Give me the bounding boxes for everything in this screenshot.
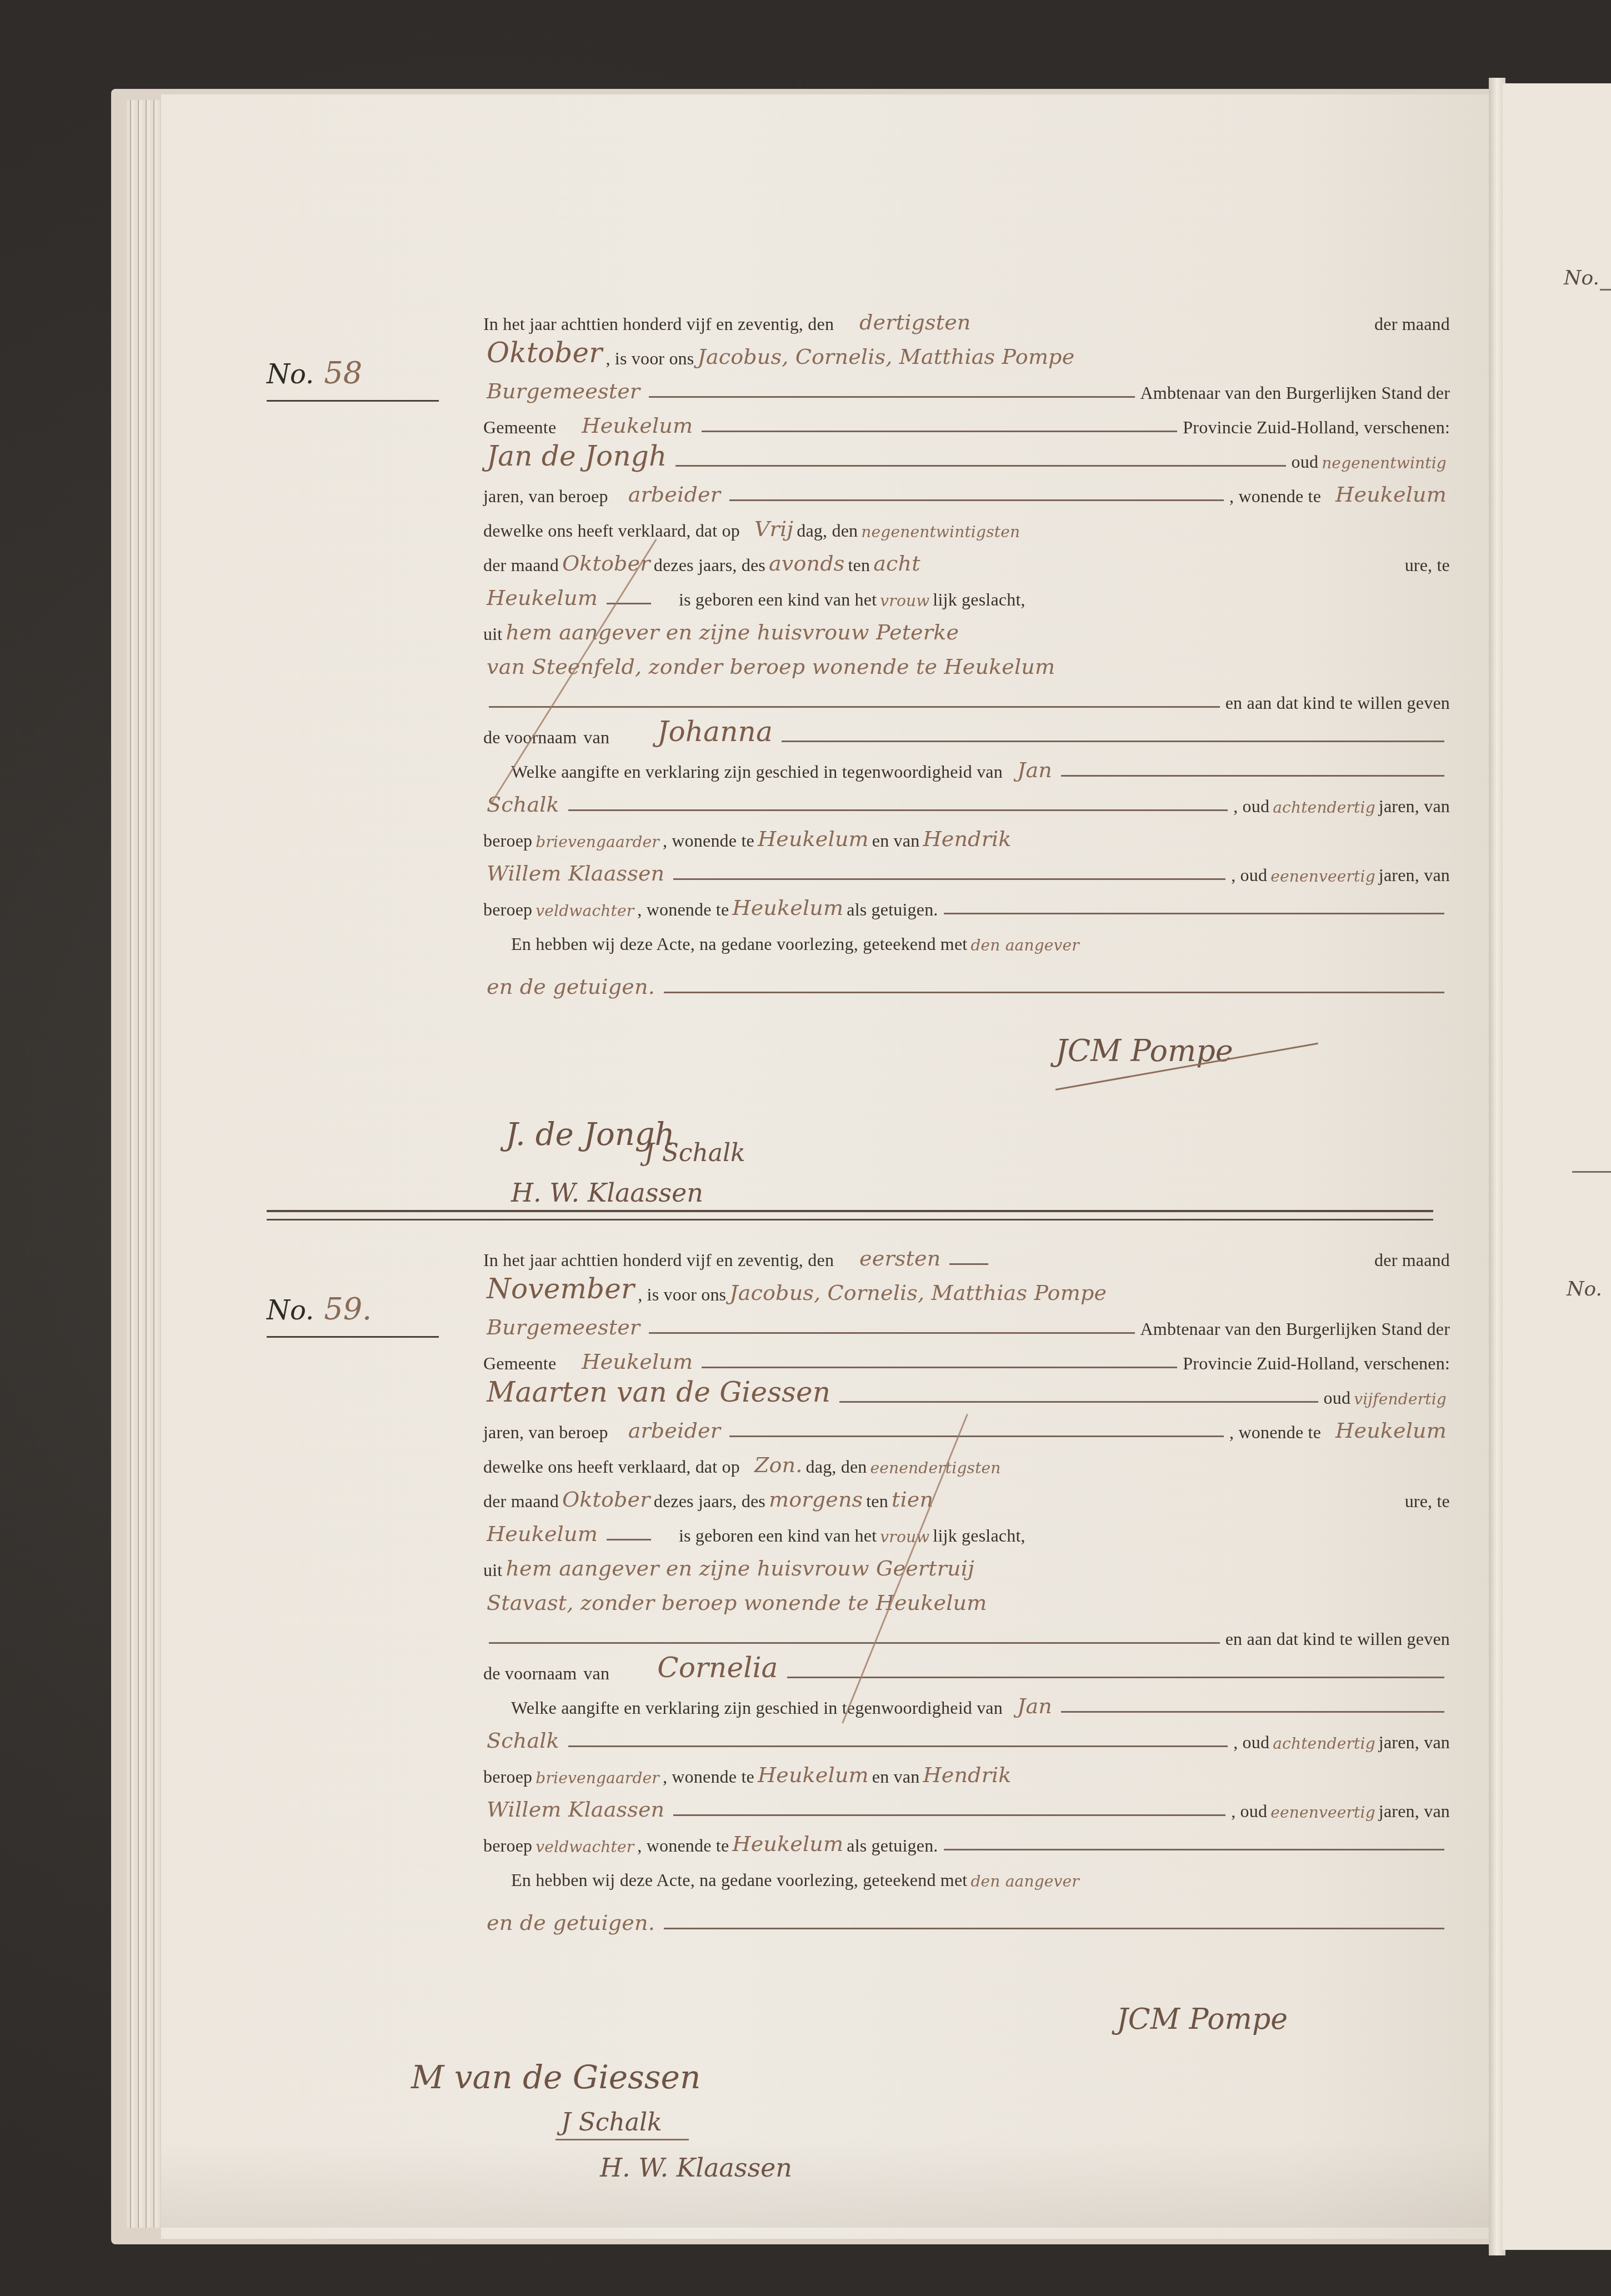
handwritten-birth-date: negenentwintigsten	[858, 523, 1023, 541]
handwritten-parents: hem aangever en zijne huisvrouw Peterke	[502, 620, 962, 644]
printed-text: , wonende te	[663, 831, 754, 851]
printed-text: ten	[866, 1491, 888, 1512]
printed-text: oud	[1324, 1388, 1351, 1408]
form-line-witness2-occupation: beroep veldwachter , wonende te Heukelum…	[483, 1822, 1450, 1856]
printed-text: als getuigen.	[847, 899, 938, 920]
act-number-label: No.	[267, 1295, 314, 1326]
form-line-signing-cont: en de getuigen.	[483, 954, 1450, 999]
handwritten-witness1-age: achtendertig	[1269, 1734, 1379, 1753]
printed-text: Welke aangifte en verklaring zijn geschi…	[511, 1698, 1003, 1718]
handwritten-month: November	[483, 1273, 638, 1305]
printed-text: , oud	[1233, 1732, 1269, 1753]
handwritten-declarant: Maarten van de Giessen	[483, 1376, 834, 1408]
act-number-rule	[267, 1336, 439, 1338]
handwritten-official-name: Jacobus, Cornelis, Matthias Pompe	[694, 344, 1078, 369]
handwritten-parents: hem aangever en zijne huisvrouw Geertrui…	[502, 1556, 978, 1580]
handwritten-declarant: Jan de Jongh	[483, 440, 670, 472]
printed-text: Welke aangifte en verklaring zijn geschi…	[511, 762, 1003, 782]
printed-text: beroep	[483, 1767, 532, 1787]
printed-text: en van	[872, 831, 920, 851]
handwritten-witness2-occupation: veldwachter	[532, 902, 637, 920]
printed-text: , wonende te	[637, 1835, 729, 1856]
page-edges	[127, 100, 160, 2228]
form-line-parents: uit hem aangever en zijne huisvrouw Pete…	[483, 610, 1450, 644]
form-line-declarant: Jan de Jongh oud negenentwintig	[483, 438, 1450, 472]
form-line-declaration: dewelke ons heeft verklaard, dat op Vrij…	[483, 507, 1450, 541]
facing-page-number-label: No.	[1564, 267, 1599, 289]
form-line-parents-cont: Stavast, zonder beroep wonende te Heukel…	[483, 1580, 1450, 1615]
form-line-signing: En hebben wij deze Acte, na gedane voorl…	[483, 1856, 1450, 1890]
handwritten-official-name: Jacobus, Cornelis, Matthias Pompe	[726, 1280, 1110, 1305]
printed-text: der maand	[1374, 1250, 1450, 1270]
handwritten-occupation: arbeider	[625, 1418, 724, 1443]
form-line-witness1-occupation: beroep brievengaarder , wonende te Heuke…	[483, 1753, 1450, 1787]
handwritten-signers-continued: en de getuigen.	[483, 974, 658, 999]
act-form: In het jaar achttien honderd vijf en zev…	[483, 1236, 1450, 1935]
printed-text: ure, te	[1405, 1491, 1450, 1512]
handwritten-month: Oktober	[483, 337, 606, 369]
act-58: No. 58 In het jaar achttien honderd vijf…	[267, 300, 1478, 1189]
printed-text: beroep	[483, 1835, 532, 1856]
signature-witness2: H. W. Klaassen	[600, 2153, 792, 2183]
signature-official: JCM Pompe	[1117, 2003, 1288, 2036]
handwritten-age: negenentwintig	[1318, 454, 1450, 472]
printed-text: , wonende te	[637, 899, 729, 920]
printed-text: oud	[1292, 452, 1319, 472]
handwritten-sex: vrouw	[877, 592, 933, 610]
form-line-child-name: de voornaam van Johanna	[483, 713, 1450, 748]
act-number: No. 59.	[267, 1292, 375, 1327]
printed-text: In het jaar achttien honderd vijf en zev…	[483, 1250, 834, 1270]
printed-text: dezes jaars, des	[654, 555, 766, 576]
handwritten-child-name: Johanna	[654, 716, 776, 748]
form-line-name-intro: en aan dat kind te willen geven	[483, 1615, 1450, 1649]
form-line-witness2: Willem Klaassen , oud eenenveertig jaren…	[483, 1787, 1450, 1822]
facing-page-rule	[1600, 289, 1611, 291]
printed-text: is geboren een kind van het	[679, 1525, 877, 1546]
form-line-witness1-occupation: beroep brievengaarder , wonende te Heuke…	[483, 817, 1450, 851]
facing-page-divider	[1572, 1171, 1611, 1173]
form-line-municipality: Gemeente Heukelum Provincie Zuid-Holland…	[483, 403, 1450, 438]
printed-text: dewelke ons heeft verklaard, dat op	[483, 1457, 740, 1477]
handwritten-residence: Heukelum	[1332, 1418, 1450, 1443]
printed-text: jaren, van beroep	[483, 486, 608, 507]
form-line-title: Burgemeester Ambtenaar van den Burgerlij…	[483, 1305, 1450, 1339]
form-line-date: In het jaar achttien honderd vijf en zev…	[483, 1236, 1450, 1270]
handwritten-residence: Heukelum	[1332, 482, 1450, 507]
printed-text: jaren, van	[1379, 1732, 1450, 1753]
facing-page-number-label: No.	[1567, 1278, 1602, 1300]
handwritten-weekday: Vrij	[751, 517, 797, 541]
printed-text: beroep	[483, 831, 532, 851]
printed-text: En hebben wij deze Acte, na gedane voorl…	[511, 1870, 967, 1890]
printed-text: , wonende te	[663, 1767, 754, 1787]
form-line-occupation: jaren, van beroep arbeider , wonende te …	[483, 472, 1450, 507]
handwritten-daypart: avonds	[766, 551, 848, 576]
form-line-official: November , is voor ons Jacobus, Cornelis…	[483, 1270, 1450, 1305]
handwritten-witness1-last: Schalk	[483, 1728, 563, 1753]
printed-text: uit	[483, 624, 502, 644]
handwritten-month: Oktober	[559, 1487, 654, 1512]
handwritten-witness2-age: eenenveertig	[1267, 1803, 1379, 1822]
printed-text: , oud	[1231, 865, 1267, 886]
act-number-rule	[267, 400, 439, 402]
printed-text: Ambtenaar van den Burgerlijken Stand der	[1140, 383, 1450, 403]
printed-text: der maand	[483, 555, 559, 576]
printed-text: dag, den	[797, 521, 858, 541]
form-line-witness2: Willem Klaassen , oud eenenveertig jaren…	[483, 851, 1450, 886]
act-number-value: 59.	[321, 1292, 375, 1327]
printed-text: , wonende te	[1229, 1422, 1321, 1443]
printed-text: , oud	[1231, 1801, 1267, 1822]
printed-text: Gemeente	[483, 1353, 556, 1374]
handwritten-witness2-rest: Willem Klaassen	[483, 1797, 668, 1822]
handwritten-witness2-residence: Heukelum	[729, 1832, 847, 1856]
handwritten-birth-date: eenendertigsten	[867, 1459, 1004, 1477]
printed-text: van	[583, 727, 609, 748]
handwritten-witness1-occupation: brievengaarder	[532, 833, 663, 851]
printed-text: jaren, van	[1379, 796, 1450, 817]
handwritten-title: Burgemeester	[483, 379, 643, 403]
form-line-declarant: Maarten van de Giessen oud vijfendertig	[483, 1374, 1450, 1408]
facing-page	[1503, 83, 1611, 2250]
act-form: In het jaar achttien honderd vijf en zev…	[483, 300, 1450, 999]
handwritten-witness1-occupation: brievengaarder	[532, 1769, 663, 1787]
handwritten-occupation: arbeider	[625, 482, 724, 507]
form-line-birthplace: Heukelum is geboren een kind van het vro…	[483, 576, 1450, 610]
handwritten-title: Burgemeester	[483, 1315, 643, 1339]
form-line-witness1: Schalk , oud achtendertig jaren, van	[483, 782, 1450, 817]
handwritten-witness2-first: Hendrik	[919, 827, 1014, 851]
handwritten-witness1-first: Jan	[1014, 1694, 1055, 1718]
act-number-label: No.	[267, 359, 314, 390]
form-line-signing-cont: en de getuigen.	[483, 1890, 1450, 1935]
signature-witness1: J Schalk	[561, 2108, 662, 2137]
signature-witness1: J Schalk	[644, 1139, 746, 1167]
form-line-witnesses: Welke aangifte en verklaring zijn geschi…	[483, 1684, 1450, 1718]
handwritten-witness2-residence: Heukelum	[729, 896, 847, 920]
printed-text: , oud	[1233, 796, 1269, 817]
printed-text: der maand	[1374, 314, 1450, 334]
printed-text: der maand	[483, 1491, 559, 1512]
handwritten-witness1-age: achtendertig	[1269, 798, 1379, 817]
handwritten-sex: vrouw	[877, 1528, 933, 1546]
act-59: No. 59. In het jaar achttien honderd vij…	[267, 1236, 1478, 2180]
printed-text: jaren, van	[1379, 865, 1450, 886]
handwritten-signers: den aangever	[967, 1872, 1083, 1890]
handwritten-birthplace: Heukelum	[483, 586, 601, 610]
printed-text: lijk geslacht,	[933, 1525, 1025, 1546]
form-line-witness2-occupation: beroep veldwachter , wonende te Heukelum…	[483, 886, 1450, 920]
handwritten-witness2-first: Hendrik	[919, 1763, 1014, 1787]
form-line-parents: uit hem aangever en zijne huisvrouw Geer…	[483, 1546, 1450, 1580]
act-number-value: 58	[321, 356, 366, 391]
handwritten-witness1-residence: Heukelum	[754, 1763, 872, 1787]
form-line-declaration: dewelke ons heeft verklaard, dat op Zon.…	[483, 1443, 1450, 1477]
printed-text: en aan dat kind te willen geven	[1225, 693, 1450, 713]
handwritten-signers-continued: en de getuigen.	[483, 1910, 658, 1935]
printed-text: , is voor ons	[638, 1284, 726, 1305]
handwritten-municipality: Heukelum	[578, 413, 696, 438]
printed-text: de voornaam	[483, 1663, 577, 1684]
handwritten-witness1-residence: Heukelum	[754, 827, 872, 851]
form-line-birthplace: Heukelum is geboren een kind van het vro…	[483, 1512, 1450, 1546]
handwritten-parents-continued: Stavast, zonder beroep wonende te Heukel…	[483, 1590, 990, 1615]
handwritten-signers: den aangever	[967, 936, 1083, 954]
printed-text: En hebben wij deze Acte, na gedane voorl…	[511, 934, 967, 954]
signature-witness2: H. W. Klaassen	[511, 1178, 703, 1208]
printed-text: dewelke ons heeft verklaard, dat op	[483, 521, 740, 541]
printed-text: beroep	[483, 899, 532, 920]
form-line-date: In het jaar achttien honderd vijf en zev…	[483, 300, 1450, 334]
form-line-child-name: de voornaam van Cornelia	[483, 1649, 1450, 1684]
form-line-time: der maand Oktober dezes jaars, des morge…	[483, 1477, 1450, 1512]
printed-text: ure, te	[1405, 555, 1450, 576]
handwritten-day: dertigsten	[856, 310, 974, 334]
printed-text: , is voor ons	[606, 348, 694, 369]
printed-text: , wonende te	[1229, 486, 1321, 507]
form-line-signing: En hebben wij deze Acte, na gedane voorl…	[483, 920, 1450, 954]
handwritten-day: eersten	[856, 1246, 944, 1270]
printed-text: Provincie Zuid-Holland, verschenen:	[1183, 417, 1450, 438]
handwritten-child-name: Cornelia	[654, 1652, 781, 1684]
printed-text: ten	[848, 555, 870, 576]
printed-text: In het jaar achttien honderd vijf en zev…	[483, 314, 834, 334]
printed-text: uit	[483, 1560, 502, 1580]
handwritten-witness1-first: Jan	[1014, 758, 1055, 782]
form-line-witnesses: Welke aangifte en verklaring zijn geschi…	[483, 748, 1450, 782]
printed-text: Provincie Zuid-Holland, verschenen:	[1183, 1353, 1450, 1374]
printed-text: lijk geslacht,	[933, 589, 1025, 610]
handwritten-witness2-occupation: veldwachter	[532, 1838, 637, 1856]
printed-text: als getuigen.	[847, 1835, 938, 1856]
printed-text: dag, den	[806, 1457, 867, 1477]
handwritten-age: vijfendertig	[1350, 1390, 1450, 1408]
handwritten-municipality: Heukelum	[578, 1349, 696, 1374]
handwritten-witness2-rest: Willem Klaassen	[483, 861, 668, 886]
handwritten-weekday: Zon.	[751, 1453, 806, 1477]
printed-text: jaren, van	[1379, 1801, 1450, 1822]
printed-text: van	[583, 1663, 609, 1684]
printed-text: Ambtenaar van den Burgerlijken Stand der	[1140, 1319, 1450, 1339]
form-line-municipality: Gemeente Heukelum Provincie Zuid-Holland…	[483, 1339, 1450, 1374]
signature-underline	[556, 2139, 689, 2140]
form-line-title: Burgemeester Ambtenaar van den Burgerlij…	[483, 369, 1450, 403]
printed-text: dezes jaars, des	[654, 1491, 766, 1512]
printed-text: en aan dat kind te willen geven	[1225, 1629, 1450, 1649]
handwritten-witness2-age: eenenveertig	[1267, 867, 1379, 886]
act-divider	[267, 1210, 1433, 1220]
handwritten-birthplace: Heukelum	[483, 1522, 601, 1546]
handwritten-hour: acht	[870, 551, 923, 576]
signature-declarant: M van de Giessen	[411, 2058, 701, 2096]
handwritten-daypart: morgens	[766, 1487, 866, 1512]
act-number: No. 58	[267, 356, 366, 391]
form-line-name-intro: en aan dat kind te willen geven	[483, 679, 1450, 713]
printed-text: Gemeente	[483, 417, 556, 438]
form-line-time: der maand Oktober dezes jaars, des avond…	[483, 541, 1450, 576]
printed-text: is geboren een kind van het	[679, 589, 877, 610]
form-line-official: Oktober , is voor ons Jacobus, Cornelis,…	[483, 334, 1450, 369]
form-line-witness1: Schalk , oud achtendertig jaren, van	[483, 1718, 1450, 1753]
printed-text: en van	[872, 1767, 920, 1787]
form-line-parents-cont: van Steenfeld, zonder beroep wonende te …	[483, 644, 1450, 679]
printed-text: jaren, van beroep	[483, 1422, 608, 1443]
printed-text: de voornaam	[483, 727, 577, 748]
